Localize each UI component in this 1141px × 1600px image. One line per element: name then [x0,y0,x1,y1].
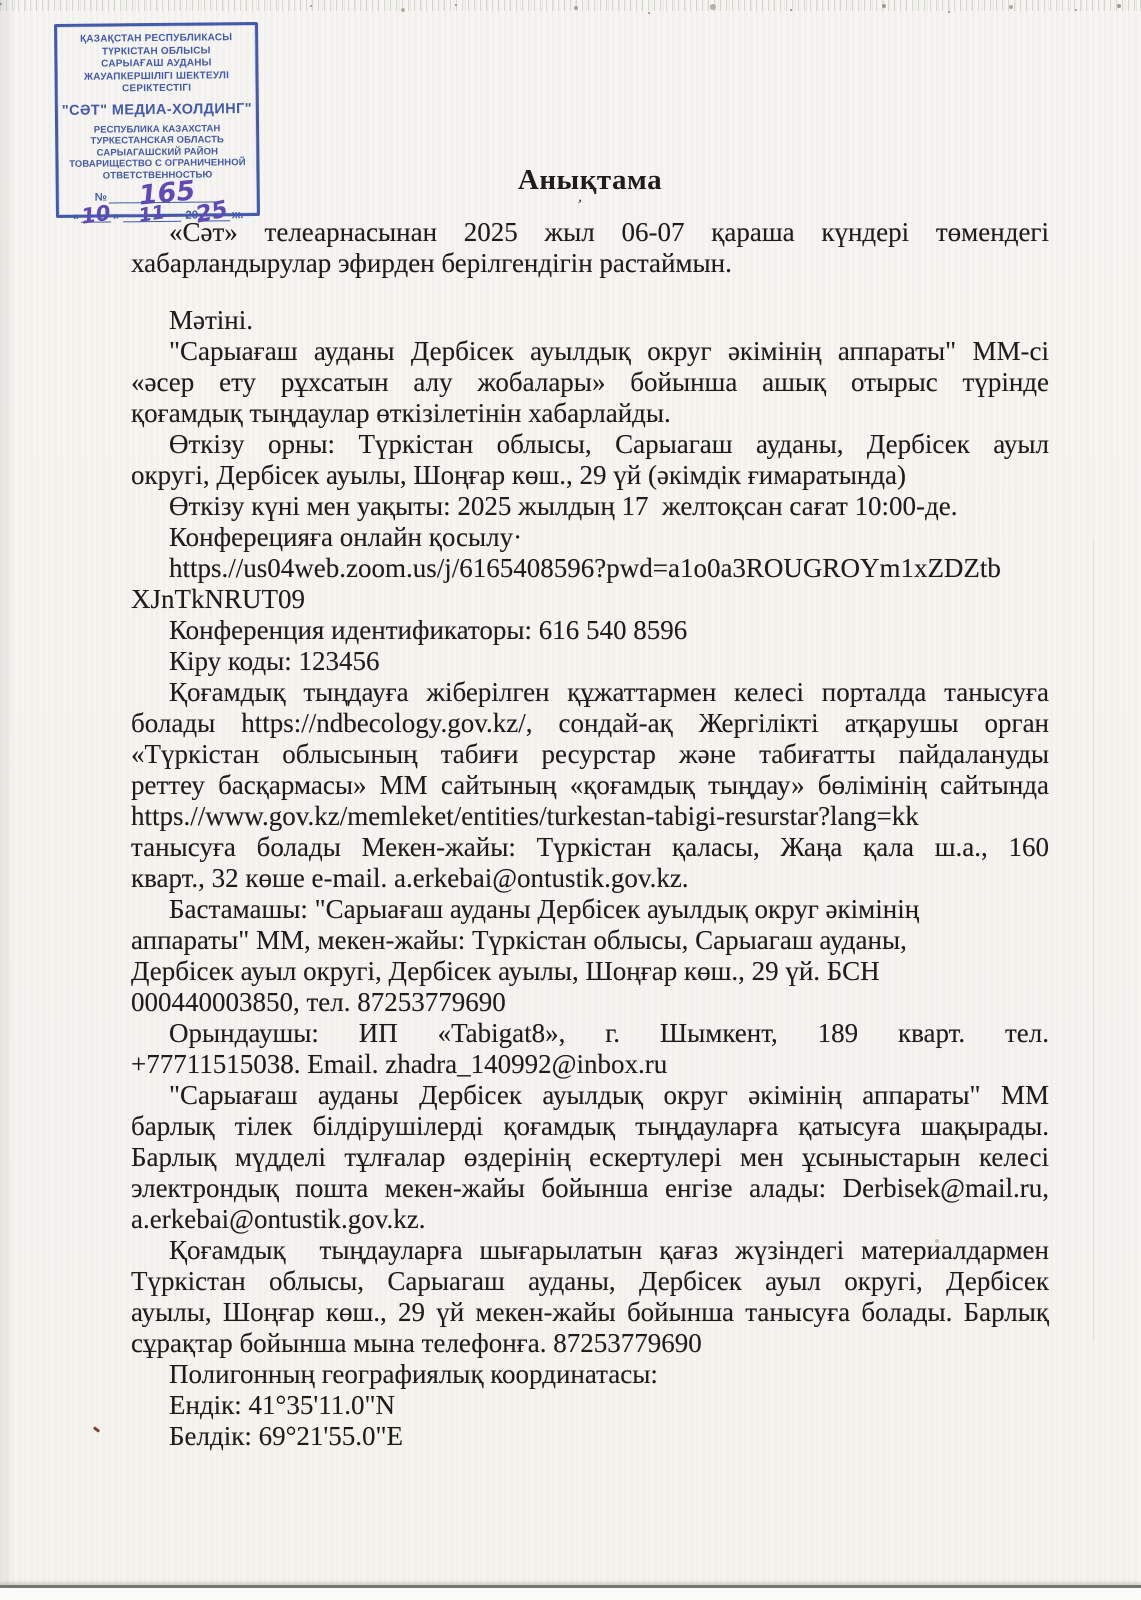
document-line: ауылы, Шоңғар көш., 29 үй мекен-жайы бой… [131,1297,1049,1328]
document-line: «әсер ету рұхсатын алу жобалары» бойынша… [131,367,1049,398]
stamp-date-open-quote: « [72,211,79,223]
document-line: сұрақтар бойынша мына телефонға. 8725377… [131,1328,1049,1359]
document-line: Өткізу күні мен уақыты: 2025 жылдың 17 ж… [131,491,1049,522]
document-line: Орындаушы: ИП «Tabigat8», г. Шымкент, 18… [131,1018,1049,1049]
document-line: Мәтіні. [131,305,1049,336]
document-line: https.//us04web.zoom.us/j/6165408596?pwd… [131,553,1049,584]
document-line: Белдік: 69°21'55.0"E [131,1421,1049,1452]
stamp-kazakh-lines: ҚАЗАҚСТАН РЕСПУБЛИКАСЫТҮРКІСТАН ОБЛЫСЫСА… [80,32,233,96]
document-line: Конференция идентификаторы: 616 540 8596 [131,615,1049,646]
stamp-text-line: СЕРІКТЕСТІГІ [81,82,233,96]
document-line: Дербісек ауыл округі, Дербісек ауылы, Шо… [131,956,1049,987]
document-line: хабарландырулар эфирден берілгендігін ра… [131,248,1049,279]
document-line: Барлық мүдделі тұлғалар өздерінің ескерт… [131,1142,1049,1173]
stamp-date-day-handwritten: 10 [80,203,112,228]
document-line: https.//www.gov.kz/memleket/entities/tur… [131,801,1049,832]
red-ink-speck [93,1426,100,1433]
stamp-text-line: ҚАЗАҚСТАН РЕСПУБЛИКАСЫ [80,32,232,46]
stamp-text-line: ТУРКЕСТАНСКАЯ ОБЛАСТЬ [69,134,246,147]
document-line: реттеу басқармасы» ММ сайтының «қоғамдық… [131,770,1049,801]
document-line: Конферецияға онлайн қосылу· [131,522,1049,553]
document-title: Анықтама [131,163,1049,197]
document-line: «Сәт» телеарнасынан 2025 жыл 06-07 қараш… [131,217,1049,248]
document-line: танысуға болады Мекен-жайы: Түркістан қа… [131,832,1049,863]
document-line: XJnTkNRUT09 [131,584,1049,615]
document-line: Ендік: 41°35'11.0"N [131,1390,1049,1421]
scan-specks [0,3,2,5]
document-line: Өткізу орны: Түркістан облысы, Сарыагаш … [131,429,1049,460]
document-line: барлық тілек білдірушілерді қоғамдық тың… [131,1111,1049,1142]
stamp-date-close-quote: » [113,210,120,222]
document-line: Полигонның географиялық координатасы: [131,1359,1049,1390]
document-line: +77711515038. Email. zhadra_140992@inbox… [131,1049,1049,1080]
stamp-text-line: САРЫАҒАШ АУДАНЫ [80,57,232,71]
document-line: Кіру коды: 123456 [131,646,1049,677]
stamp-company-name: "СӘТ" МЕДИА-ХОЛДИНГ" [62,101,252,120]
document-line: аппараты" ММ, мекен-жайы: Түркістан облы… [131,925,1049,956]
document-line: a.erkebai@ontustik.gov.kz. [131,1204,1049,1235]
document-line: қоғамдық тыңдаулар өткізілетінін хабарла… [131,398,1049,429]
document-line: кварт., 32 көше e-mail. a.erkebai@ontust… [131,863,1049,894]
document-line: округі, Дербісек ауылы, Шоңғар көш., 29 … [131,460,1049,491]
scan-noise-band [0,0,1141,11]
document-line: болады https://ndbecology.gov.kz/, сонда… [131,708,1049,739]
document-line: Қоғамдық тыңдауға жіберілген құжаттармен… [131,677,1049,708]
paper-fold-line [1093,540,1094,1340]
stamp-text-line: ЖАУАПКЕРШІЛІГІ ШЕКТЕУЛІ [80,70,232,84]
document-text-block: Анықтама «Сәт» телеарнасынан 2025 жыл 06… [131,163,1049,1452]
document-body: «Сәт» телеарнасынан 2025 жыл 06-07 қараш… [131,217,1049,1452]
document-line: Қоғамдық тыңдауларға шығарылатын қағаз ж… [131,1235,1049,1266]
document-line: «Түркістан облысының табиғи ресурстар жә… [131,739,1049,770]
scan-bottom-strip [0,1588,1141,1600]
document-line: 000440003850, тел. 87253779690 [131,987,1049,1018]
stamp-date-day-line: 10 [81,206,111,222]
document-line: "Сарыағаш ауданы Дербісек ауылдық округ … [131,1080,1049,1111]
document-line: Бастамашы: "Сарыағаш ауданы Дербісек ауы… [131,894,1049,925]
document-line: Түркістан облысы, Сарыагаш ауданы, Дербі… [131,1266,1049,1297]
scanned-document-page: ҚАЗАҚСТАН РЕСПУБЛИКАСЫТҮРКІСТАН ОБЛЫСЫСА… [0,0,1141,1600]
document-line: электрондық пошта мекен-жайы бойынша енг… [131,1173,1049,1204]
document-line: "Сарыағаш ауданы Дербісек ауылдық округ … [131,336,1049,367]
